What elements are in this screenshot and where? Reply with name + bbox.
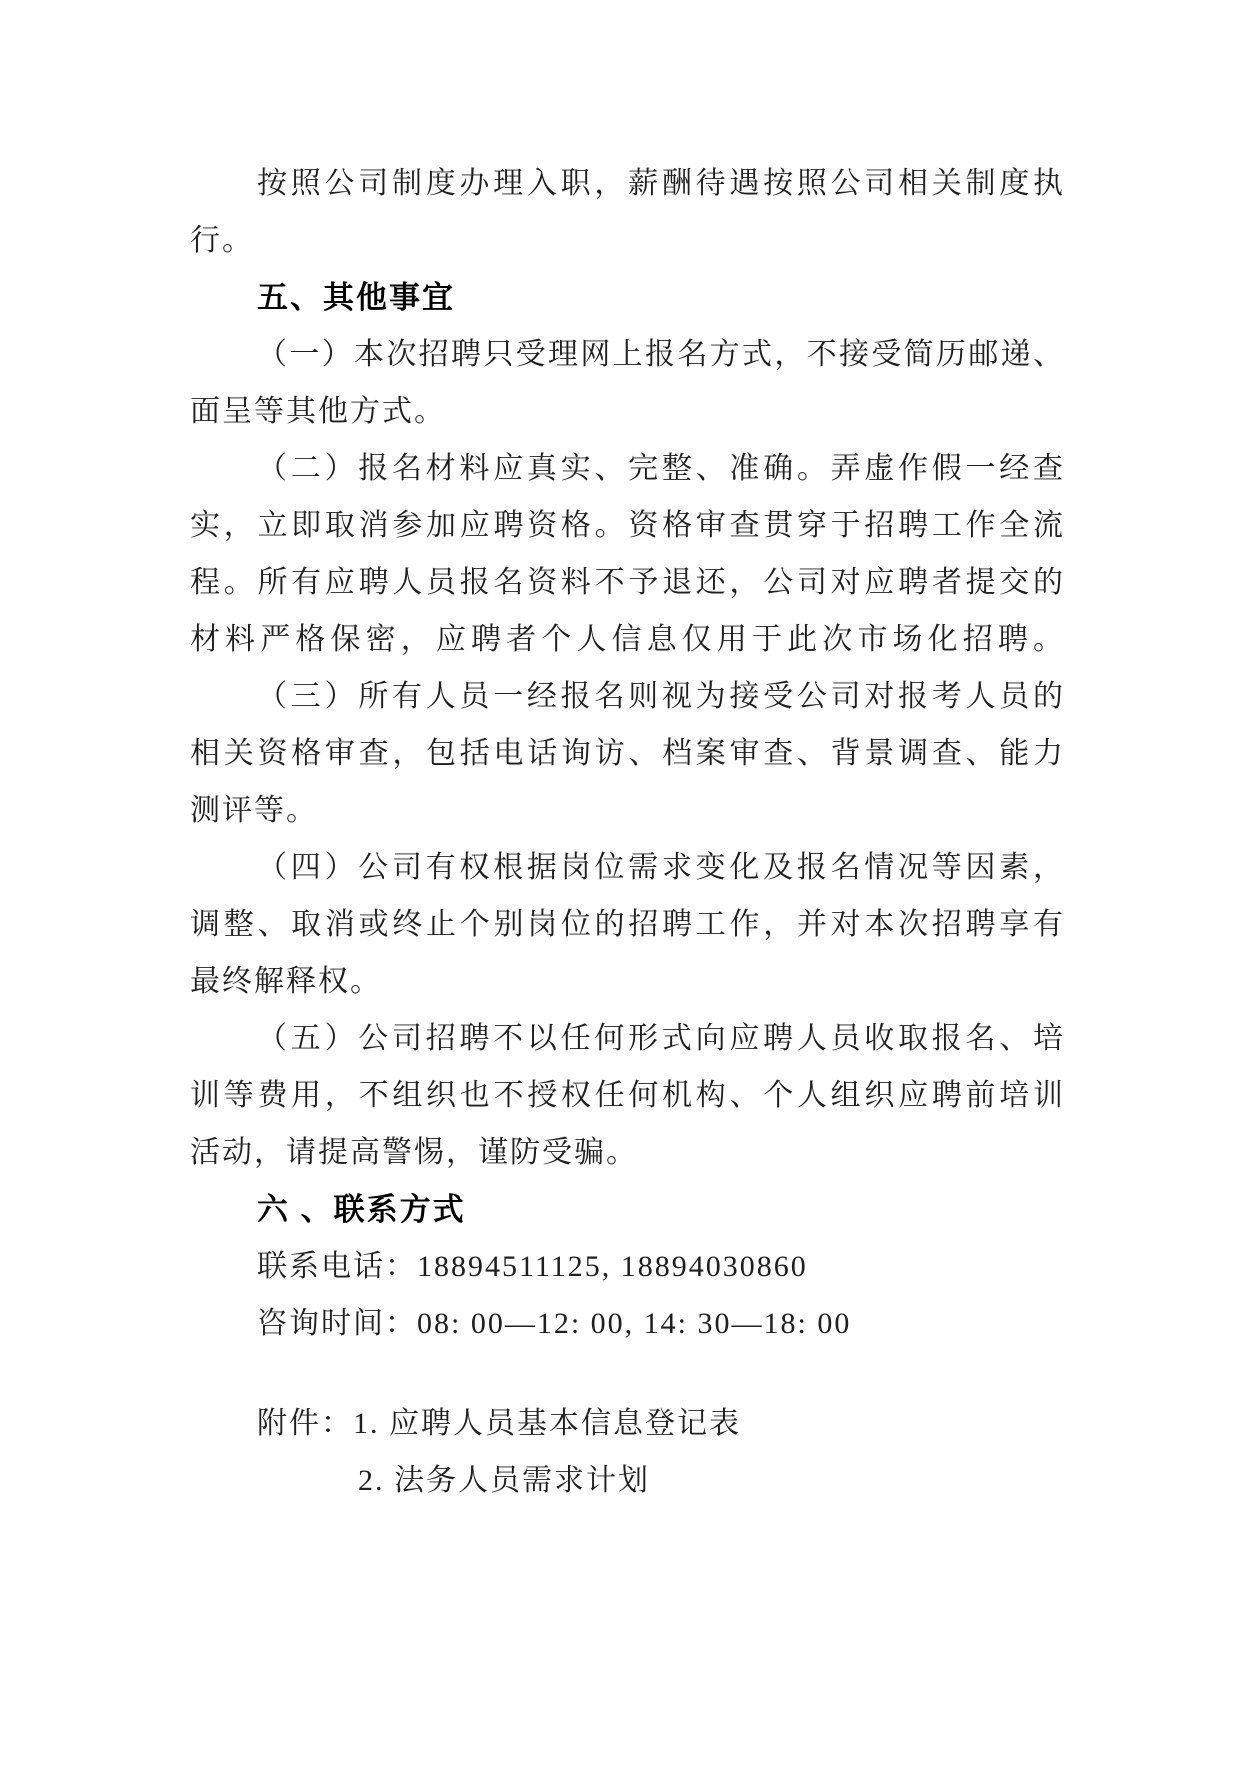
text-line: 实，立即取消参加应聘资格。资格审查贯穿于招聘工作全流: [190, 497, 1065, 554]
text-line: 附件：1. 应聘人员基本信息登记表: [190, 1395, 1065, 1452]
text-line: 最终解释权。: [190, 953, 1065, 1010]
document-body: 按照公司制度办理入职，薪酬待遇按照公司相关制度执行。五、其他事宜（一）本次招聘只…: [190, 155, 1065, 1509]
text-line: （二）报名材料应真实、完整、准确。弄虚作假一经查: [190, 440, 1065, 497]
text-line: 相关资格审查，包括电话询访、档案审查、背景调查、能力: [190, 725, 1065, 782]
text-line: （一）本次招聘只受理网上报名方式，不接受简历邮递、: [190, 326, 1065, 383]
text-line: 2. 法务人员需求计划: [190, 1452, 1065, 1509]
text-line: 训等费用，不组织也不授权任何机构、个人组织应聘前培训: [190, 1067, 1065, 1124]
text-line: 面呈等其他方式。: [190, 383, 1065, 440]
text-line: 调整、取消或终止个别岗位的招聘工作，并对本次招聘享有: [190, 896, 1065, 953]
text-line: 活动，请提高警惕，谨防受骗。: [190, 1124, 1065, 1181]
text-line: 材料严格保密，应聘者个人信息仅用于此次市场化招聘。: [190, 611, 1065, 668]
text-line: 测评等。: [190, 782, 1065, 839]
section-heading: 五、其他事宜: [190, 269, 1065, 326]
text-line: 咨询时间：08: 00—12: 00, 14: 30—18: 00: [190, 1295, 1065, 1352]
text-line: 按照公司制度办理入职，薪酬待遇按照公司相关制度执: [190, 155, 1065, 212]
text-line: （五）公司招聘不以任何形式向应聘人员收取报名、培: [190, 1010, 1065, 1067]
text-line: （四）公司有权根据岗位需求变化及报名情况等因素，: [190, 839, 1065, 896]
text-line: 程。所有应聘人员报名资料不予退还，公司对应聘者提交的: [190, 554, 1065, 611]
text-line: 联系电话：18894511125, 18894030860: [190, 1238, 1065, 1295]
text-line: （三）所有人员一经报名则视为接受公司对报考人员的: [190, 668, 1065, 725]
text-line: 行。: [190, 212, 1065, 269]
document-page: 按照公司制度办理入职，薪酬待遇按照公司相关制度执行。五、其他事宜（一）本次招聘只…: [0, 0, 1256, 1765]
section-heading: 六 、联系方式: [190, 1181, 1065, 1238]
